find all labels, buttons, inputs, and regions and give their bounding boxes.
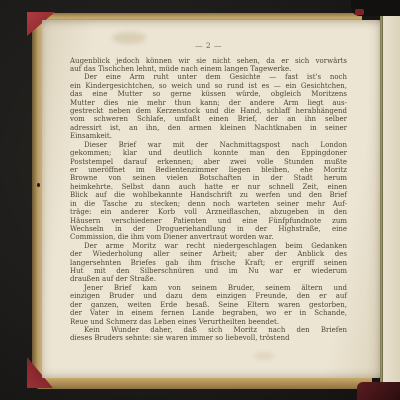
text-line: Browne von seinen vielen Botschaften in … (70, 174, 347, 182)
cover-corner-bottom-right (357, 382, 400, 400)
text-line: der Vater in einem fernen Lande begraben… (70, 309, 347, 317)
text-line: Der arme Moritz war recht niedergeschlag… (70, 242, 347, 250)
facing-page-sliver (383, 14, 400, 389)
cover-corner-top-right (351, 0, 400, 16)
text-line: Jener Brief kam von seinem Bruder, seine… (70, 284, 347, 292)
text-line: Augenblick jedoch können wir sie nicht s… (70, 57, 347, 65)
text-line: Häusern verschiedener Patienten und eine… (70, 217, 347, 225)
text-line: ein Kindergesichtchen, so weich und so r… (70, 82, 347, 90)
text-line: Blick auf die wohlbekannte Handschrift z… (70, 191, 347, 199)
paragraph: Augenblick jedoch können wir sie nicht s… (70, 57, 347, 74)
text-block: — 2 — Augenblick jedoch können wir sie n… (70, 41, 347, 343)
text-line: einzigen Bruder und dazu dem einzigen Fr… (70, 292, 347, 300)
text-line: der ganzen, weiten Erde besaß. Seine Elt… (70, 301, 347, 309)
text-line: adressirt ist, an ihn, den armen kleinen… (70, 124, 347, 132)
photo-of-open-book: — 2 — Augenblick jedoch können wir sie n… (0, 0, 400, 400)
text-line: langersehnten Briefes gab ihm frische Kr… (70, 259, 347, 267)
page-number: — 2 — (70, 41, 347, 50)
page-stain (254, 352, 274, 360)
text-line: in die Tasche zu stecken; denn noch wart… (70, 200, 347, 208)
text-line: Einsamkeit. (70, 132, 347, 140)
text-line: Der eine Arm ruht unter dem Gesichte — f… (70, 73, 347, 81)
book-pages-bottom-edge (36, 377, 372, 389)
text-line: vom schweren Schlafe, umfaßt einen Brief… (70, 115, 347, 123)
text-line: draußen auf der Straße. (70, 275, 347, 283)
text-line: Mutter dies nie mehr thun kann; der ande… (70, 99, 347, 107)
text-line: Reue und Schmerz das Leben eines Verurth… (70, 318, 347, 326)
text-line: der Wiederholung aller seiner Arbeit; ab… (70, 250, 347, 258)
page-gutter-line (380, 15, 383, 389)
text-line: Hut mit den Silberschnüren und im Nu war… (70, 267, 347, 275)
paragraph: Kein Wunder daher, daß sich Moritz nach … (70, 326, 347, 343)
text-line: er uneröffnet im Bedientenzimmer liegen … (70, 166, 347, 174)
text-line: gekommen; klar und deutlich konnte man d… (70, 149, 347, 157)
text-line: Commission, die ihm vom Diener anvertrau… (70, 233, 347, 241)
text-line: Wechseln in der Drogueriehandlung in der… (70, 225, 347, 233)
text-line: träge: ein anderer Korb voll Arzneiflasc… (70, 208, 347, 216)
text-line: heimkehrte. Selbst dann auch hatte er nu… (70, 183, 347, 191)
text-line: das eine Mutter so gerne küssen würde, o… (70, 90, 347, 98)
text-line: auf das Tischchen lehnt, müde nach einem… (70, 65, 347, 73)
text-line: gestreckt neben dem Kerzenstock und die … (70, 107, 347, 115)
text-line: Dieser Brief war mit der Nachmittagspost… (70, 141, 347, 149)
paragraph: Der arme Moritz war recht niedergeschlag… (70, 242, 347, 284)
text-line: Poststempel darauf erkennen; aber zwei v… (70, 158, 347, 166)
page-edge-speck (37, 183, 40, 187)
paragraph: Jener Brief kam von seinem Bruder, seine… (70, 284, 347, 326)
text-line: dieses Bruders sehnte: sie waren immer s… (70, 334, 347, 342)
paragraph: Dieser Brief war mit der Nachmittagspost… (70, 141, 347, 242)
paragraph: Der eine Arm ruht unter dem Gesichte — f… (70, 73, 347, 140)
text-line: Kein Wunder daher, daß sich Moritz nach … (70, 326, 347, 334)
book-page: — 2 — Augenblick jedoch können wir sie n… (42, 20, 380, 378)
